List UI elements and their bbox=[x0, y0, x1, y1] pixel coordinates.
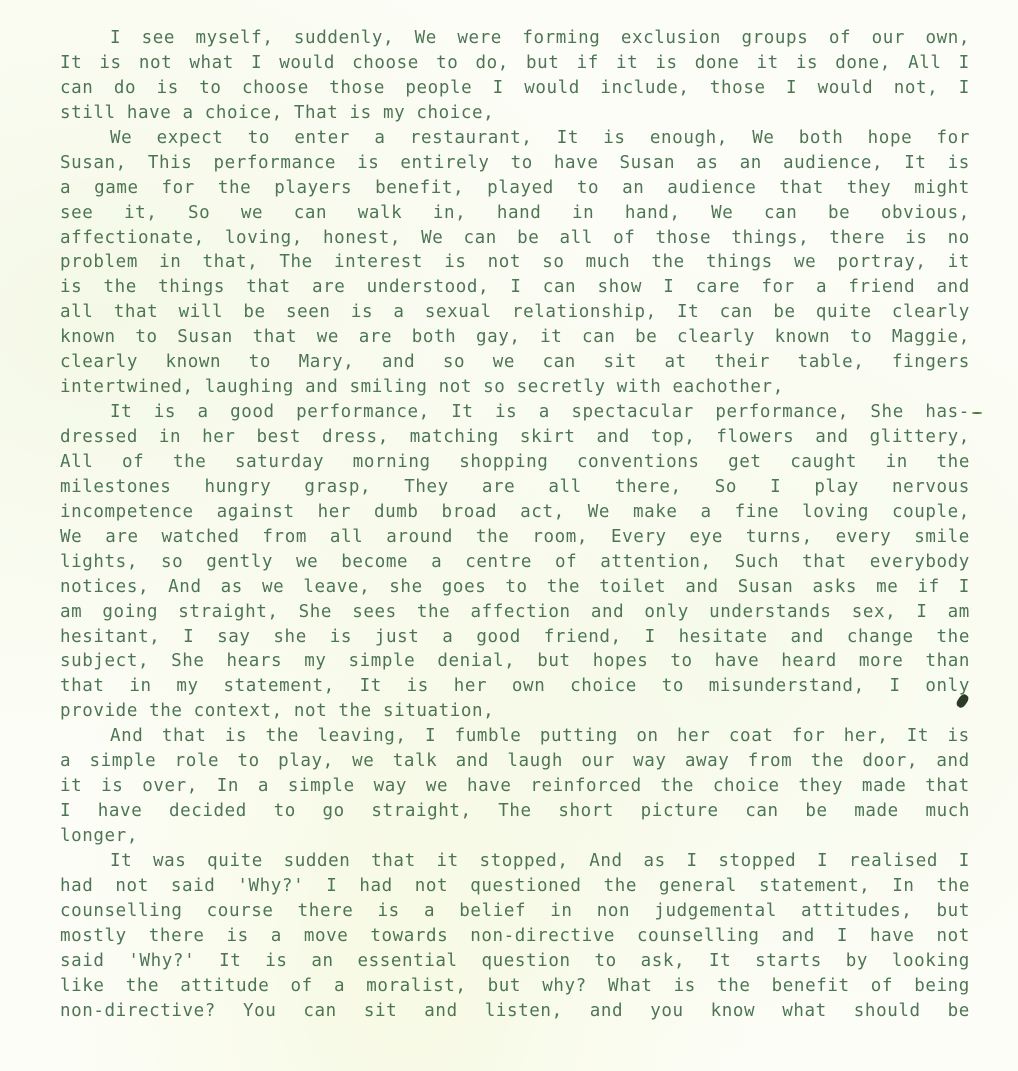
word: Such bbox=[735, 550, 780, 575]
word: fumble bbox=[455, 724, 522, 749]
word: grasp, bbox=[304, 475, 371, 500]
word: to bbox=[135, 325, 157, 350]
word: leave, bbox=[303, 575, 370, 600]
word: belief bbox=[459, 899, 526, 924]
paragraph-4: Andthatistheleaving,Ifumbleputtingonherc… bbox=[60, 724, 970, 849]
word: misunderstand, bbox=[709, 674, 865, 699]
word: Every bbox=[611, 525, 667, 550]
word: what bbox=[782, 999, 827, 1024]
text-line: Itwasquitesuddenthatitstopped,AndasIstop… bbox=[60, 849, 970, 874]
word: are bbox=[105, 525, 138, 550]
word: centre bbox=[465, 550, 532, 575]
word: can bbox=[60, 76, 93, 101]
word: of bbox=[555, 550, 577, 575]
word: 'Why?' bbox=[237, 874, 304, 899]
word: I bbox=[663, 275, 674, 300]
word: questioned bbox=[470, 874, 581, 899]
word: caught bbox=[790, 450, 857, 475]
word: move bbox=[304, 924, 349, 949]
word: can bbox=[582, 325, 615, 350]
word: to bbox=[505, 575, 527, 600]
word: counselling bbox=[637, 924, 760, 949]
word: made bbox=[854, 799, 899, 824]
word: couple, bbox=[892, 500, 970, 525]
word: suddenly, bbox=[294, 26, 394, 51]
word: and bbox=[685, 575, 718, 600]
word: a bbox=[60, 749, 71, 774]
word: role bbox=[175, 749, 220, 774]
word: the bbox=[547, 575, 580, 600]
word: have bbox=[715, 649, 760, 674]
word: sudden bbox=[284, 849, 351, 874]
text-line: still have a choice, That is my choice, bbox=[60, 101, 970, 126]
word: groups bbox=[742, 26, 809, 51]
word: and bbox=[936, 275, 969, 300]
word: can bbox=[543, 275, 576, 300]
word: but bbox=[488, 974, 521, 999]
word: skirt bbox=[520, 425, 576, 450]
text-line: Iseemyself,suddenly,Wewereformingexclusi… bbox=[60, 26, 970, 51]
word: that bbox=[253, 325, 298, 350]
word: my bbox=[176, 674, 198, 699]
word: looking bbox=[892, 949, 970, 974]
word: question bbox=[482, 949, 571, 974]
word: It bbox=[219, 949, 241, 974]
word: watched bbox=[162, 525, 240, 550]
word: Mary, bbox=[299, 350, 355, 375]
word: counselling bbox=[60, 899, 183, 924]
word: a bbox=[60, 176, 71, 201]
word: and bbox=[382, 350, 415, 375]
word: not bbox=[115, 874, 148, 899]
word: is bbox=[99, 51, 121, 76]
word: the bbox=[476, 525, 509, 550]
word: and bbox=[596, 425, 629, 450]
word: they bbox=[798, 774, 843, 799]
word: quite bbox=[207, 849, 263, 874]
word: milestones bbox=[60, 475, 171, 500]
word: is bbox=[796, 51, 818, 76]
word: mostly bbox=[60, 924, 127, 949]
word: hand bbox=[497, 201, 542, 226]
word: around bbox=[386, 525, 453, 550]
word: for bbox=[937, 126, 970, 151]
text-line: incompetenceagainstherdumbbroadact,Wemak… bbox=[60, 500, 970, 525]
word: from bbox=[262, 525, 307, 550]
word: I bbox=[645, 625, 656, 650]
word: She bbox=[299, 600, 332, 625]
word: her, bbox=[844, 724, 889, 749]
word: is bbox=[603, 126, 625, 151]
word: can bbox=[745, 799, 778, 824]
word: in bbox=[159, 250, 181, 275]
word: picture bbox=[641, 799, 719, 824]
word: shopping bbox=[459, 450, 548, 475]
word: stopped bbox=[718, 849, 796, 874]
word: performance, bbox=[715, 400, 849, 425]
word: It bbox=[557, 126, 579, 151]
word: realised bbox=[849, 849, 938, 874]
word: myself, bbox=[196, 26, 274, 51]
word: attention, bbox=[600, 550, 711, 575]
word: we bbox=[317, 325, 339, 350]
word: be bbox=[948, 999, 970, 1024]
word: those bbox=[329, 76, 385, 101]
word: audience bbox=[667, 176, 756, 201]
word: I bbox=[183, 625, 194, 650]
word: a bbox=[816, 275, 827, 300]
word: And bbox=[110, 724, 143, 749]
word: obvious, bbox=[881, 201, 970, 226]
word: said bbox=[171, 874, 216, 899]
word: include, bbox=[600, 76, 689, 101]
word: in bbox=[129, 674, 151, 699]
word: interest bbox=[334, 250, 423, 275]
word: is bbox=[674, 974, 696, 999]
word: played bbox=[487, 176, 554, 201]
word: that bbox=[371, 849, 416, 874]
word: 'Why?' bbox=[128, 949, 195, 974]
word: is bbox=[101, 774, 123, 799]
word: loving, bbox=[225, 226, 303, 251]
word: known bbox=[166, 350, 222, 375]
word: do bbox=[114, 76, 136, 101]
word: an bbox=[311, 949, 333, 974]
word: be bbox=[828, 201, 850, 226]
word: The bbox=[498, 799, 531, 824]
word: but bbox=[937, 899, 970, 924]
word: all bbox=[560, 226, 593, 251]
text-line: isthethingsthatareunderstood,IcanshowIca… bbox=[60, 275, 970, 300]
word: would bbox=[818, 76, 874, 101]
word: It bbox=[451, 400, 473, 425]
word: be bbox=[517, 226, 539, 251]
word: a bbox=[374, 126, 385, 151]
word: make bbox=[633, 500, 678, 525]
word: to bbox=[436, 51, 458, 76]
word: is bbox=[330, 625, 352, 650]
word: hears bbox=[227, 649, 283, 674]
word: away bbox=[685, 749, 730, 774]
word: audience, bbox=[783, 151, 883, 176]
word: moralist, bbox=[366, 974, 466, 999]
text-line: longer, bbox=[60, 824, 970, 849]
paragraph-5: Itwasquitesuddenthatitstopped,AndasIstop… bbox=[60, 849, 970, 1024]
word: play, bbox=[278, 749, 334, 774]
word: putting bbox=[540, 724, 618, 749]
word: done bbox=[695, 51, 740, 76]
word: broad bbox=[442, 500, 498, 525]
word: good bbox=[476, 625, 521, 650]
word: that bbox=[246, 275, 291, 300]
word: had bbox=[60, 874, 93, 899]
word: sees bbox=[352, 600, 397, 625]
word: and bbox=[590, 999, 623, 1024]
word: are bbox=[482, 475, 515, 500]
word: entirely bbox=[400, 151, 489, 176]
word: We bbox=[110, 126, 132, 151]
word: can bbox=[543, 350, 576, 375]
word: I bbox=[889, 674, 900, 699]
word: benefit bbox=[772, 974, 850, 999]
word: portray, bbox=[837, 250, 926, 275]
word: a bbox=[271, 924, 282, 949]
word: fingers bbox=[892, 350, 970, 375]
word: had bbox=[359, 874, 392, 899]
word: flowers bbox=[716, 425, 794, 450]
word: everybody bbox=[870, 550, 970, 575]
text-line: amgoingstraight,Sheseestheaffectionandon… bbox=[60, 600, 970, 625]
word: in bbox=[159, 425, 181, 450]
word: room, bbox=[532, 525, 588, 550]
word: coat bbox=[729, 724, 774, 749]
word: way bbox=[374, 774, 407, 799]
word: that bbox=[802, 550, 847, 575]
text-line: itisover,Inasimplewaywehavereinforcedthe… bbox=[60, 774, 970, 799]
word: go bbox=[322, 799, 344, 824]
word: Maggie, bbox=[892, 325, 970, 350]
word: I bbox=[770, 475, 781, 500]
word: going bbox=[102, 600, 158, 625]
word: the bbox=[937, 625, 970, 650]
word: straight, bbox=[371, 799, 471, 824]
word: in bbox=[886, 450, 908, 475]
word: me bbox=[876, 575, 898, 600]
word: fine bbox=[735, 500, 780, 525]
word: might bbox=[914, 176, 970, 201]
word: starts bbox=[755, 949, 822, 974]
text-line: knowntoSusanthatwearebothgay,itcanbeclea… bbox=[60, 325, 970, 350]
word: it bbox=[948, 250, 970, 275]
text-line: Ihavedecidedtogostraight,Theshortpicture… bbox=[60, 799, 970, 824]
word: attitude bbox=[180, 974, 269, 999]
word: all bbox=[60, 300, 93, 325]
word: over, bbox=[142, 774, 198, 799]
word: at bbox=[665, 350, 687, 375]
word: it bbox=[616, 51, 638, 76]
text-line: agamefortheplayersbenefit,playedtoanaudi… bbox=[60, 176, 970, 201]
word: It bbox=[709, 949, 731, 974]
word: I bbox=[959, 575, 970, 600]
word: only bbox=[644, 600, 689, 625]
word: is bbox=[60, 275, 82, 300]
word: to bbox=[670, 649, 692, 674]
word: It bbox=[907, 724, 929, 749]
word: Susan bbox=[177, 325, 233, 350]
text-line: Itisagoodperformance,Itisaspectacularper… bbox=[60, 400, 970, 425]
text-line: Susan,ThisperformanceisentirelytohaveSus… bbox=[60, 151, 970, 176]
word: choice bbox=[570, 674, 637, 699]
word: have bbox=[467, 774, 512, 799]
text-line: said'Why?'Itisanessentialquestiontoask,I… bbox=[60, 949, 970, 974]
word: own, bbox=[925, 26, 970, 51]
word: relationship, bbox=[512, 300, 657, 325]
word: a bbox=[393, 300, 404, 325]
word: is bbox=[444, 250, 466, 275]
word: to bbox=[199, 76, 221, 101]
word: game bbox=[94, 176, 139, 201]
word: the bbox=[417, 600, 450, 625]
word: am bbox=[948, 600, 970, 625]
word: is bbox=[351, 300, 373, 325]
word: And bbox=[589, 849, 622, 874]
word: known bbox=[60, 325, 116, 350]
word: I bbox=[251, 51, 262, 76]
word: I bbox=[425, 724, 436, 749]
text-line: affectionate,loving,honest,Wecanbealloft… bbox=[60, 226, 970, 251]
word: see bbox=[60, 201, 93, 226]
word: become bbox=[341, 550, 408, 575]
word: clearly bbox=[60, 350, 138, 375]
word: understands bbox=[709, 600, 832, 625]
word: things bbox=[158, 275, 225, 300]
word: hesitant, bbox=[60, 625, 160, 650]
word: denial, bbox=[437, 649, 515, 674]
word: that bbox=[60, 674, 105, 699]
word: morning bbox=[353, 450, 431, 475]
word: not bbox=[936, 924, 969, 949]
word: that, bbox=[203, 250, 259, 275]
word: all bbox=[548, 475, 581, 500]
word: be bbox=[773, 300, 795, 325]
word: her bbox=[318, 500, 351, 525]
word: dressed bbox=[60, 425, 138, 450]
word: In bbox=[217, 774, 239, 799]
word: their bbox=[714, 350, 770, 375]
text-line: hadnotsaid'Why?'Ihadnotquestionedthegene… bbox=[60, 874, 970, 899]
word: much bbox=[925, 799, 970, 824]
word: not, bbox=[894, 76, 939, 101]
word: talk bbox=[393, 749, 438, 774]
word: I bbox=[326, 874, 337, 899]
word: it, bbox=[124, 201, 157, 226]
word: we bbox=[794, 250, 816, 275]
word: affection bbox=[470, 600, 570, 625]
word: enough, bbox=[650, 126, 728, 151]
word: I bbox=[916, 600, 927, 625]
word: non-directive bbox=[470, 924, 615, 949]
text-line: clearlyknowntoMary,andsowecansitattheirt… bbox=[60, 350, 970, 375]
word: They bbox=[404, 475, 449, 500]
word: act, bbox=[520, 500, 565, 525]
word: it bbox=[60, 774, 82, 799]
text-line: counsellingcoursethereisabeliefinnonjudg… bbox=[60, 899, 970, 924]
word: see bbox=[142, 26, 175, 51]
word: against bbox=[217, 500, 295, 525]
word: turns, bbox=[746, 525, 813, 550]
word: simple bbox=[89, 749, 156, 774]
word: laugh bbox=[507, 749, 563, 774]
word: way bbox=[633, 749, 666, 774]
word: in, bbox=[433, 201, 466, 226]
word: is bbox=[905, 226, 927, 251]
word: All bbox=[60, 450, 93, 475]
text-line: non-directive?Youcansitandlisten,andyouk… bbox=[60, 999, 970, 1024]
word: What bbox=[608, 974, 653, 999]
text-line: dressedinherbestdress,matchingskirtandto… bbox=[60, 425, 970, 450]
word: I bbox=[959, 849, 970, 874]
word: a bbox=[431, 550, 442, 575]
word: the bbox=[218, 176, 251, 201]
text-line: thatinmystatement,Itisherownchoicetomisu… bbox=[60, 674, 970, 699]
word: asks bbox=[812, 575, 857, 600]
word: of bbox=[829, 26, 851, 51]
word: sex, bbox=[852, 600, 897, 625]
word: we bbox=[262, 575, 284, 600]
word: all bbox=[330, 525, 363, 550]
word: players bbox=[274, 176, 352, 201]
word: short bbox=[558, 799, 614, 824]
word: gently bbox=[206, 550, 273, 575]
word: it bbox=[540, 325, 562, 350]
word: And bbox=[168, 575, 201, 600]
word: general bbox=[659, 874, 737, 899]
word: why? bbox=[542, 974, 587, 999]
word: It bbox=[677, 300, 699, 325]
ink-dash bbox=[972, 412, 982, 414]
word: every bbox=[836, 525, 892, 550]
word: the bbox=[717, 974, 750, 999]
word: notices, bbox=[60, 575, 149, 600]
word: performance, bbox=[296, 400, 430, 425]
word: It bbox=[110, 849, 132, 874]
word: there bbox=[298, 899, 354, 924]
word: a bbox=[701, 500, 712, 525]
word: the bbox=[937, 874, 970, 899]
word: that bbox=[779, 176, 824, 201]
word: heard bbox=[781, 649, 837, 674]
word: have bbox=[554, 151, 599, 176]
word: are bbox=[359, 325, 392, 350]
word: being bbox=[914, 974, 970, 999]
word: a bbox=[539, 400, 550, 425]
word: exclusion bbox=[621, 26, 721, 51]
word: the bbox=[126, 974, 159, 999]
word: not bbox=[415, 874, 448, 899]
word: a bbox=[258, 774, 269, 799]
word: All bbox=[908, 51, 941, 76]
word: essential bbox=[357, 949, 457, 974]
word: course bbox=[207, 899, 274, 924]
word: the bbox=[661, 774, 694, 799]
word: choice bbox=[713, 774, 780, 799]
word: would bbox=[524, 76, 580, 101]
text-line: probleminthat,Theinterestisnotsomuchthet… bbox=[60, 250, 970, 275]
word: is bbox=[948, 724, 970, 749]
word: nervous bbox=[892, 475, 970, 500]
word: am bbox=[60, 600, 82, 625]
word: of bbox=[122, 450, 144, 475]
word: so bbox=[443, 350, 465, 375]
word: I bbox=[786, 76, 797, 101]
word: I bbox=[837, 924, 848, 949]
word: by bbox=[846, 949, 868, 974]
word: and bbox=[936, 749, 969, 774]
word: change bbox=[847, 625, 914, 650]
word: if bbox=[917, 575, 939, 600]
word: We bbox=[415, 26, 437, 51]
word: enter bbox=[294, 126, 350, 151]
word: just bbox=[375, 625, 420, 650]
word: on bbox=[636, 724, 658, 749]
word: Susan bbox=[738, 575, 794, 600]
word: hand, bbox=[625, 201, 681, 226]
word: subject, bbox=[60, 649, 149, 674]
word: I bbox=[60, 799, 71, 824]
text-line: liketheattitudeofamoralist,butwhy?Whatis… bbox=[60, 974, 970, 999]
word: hopes bbox=[593, 649, 649, 674]
word: her bbox=[454, 674, 487, 699]
